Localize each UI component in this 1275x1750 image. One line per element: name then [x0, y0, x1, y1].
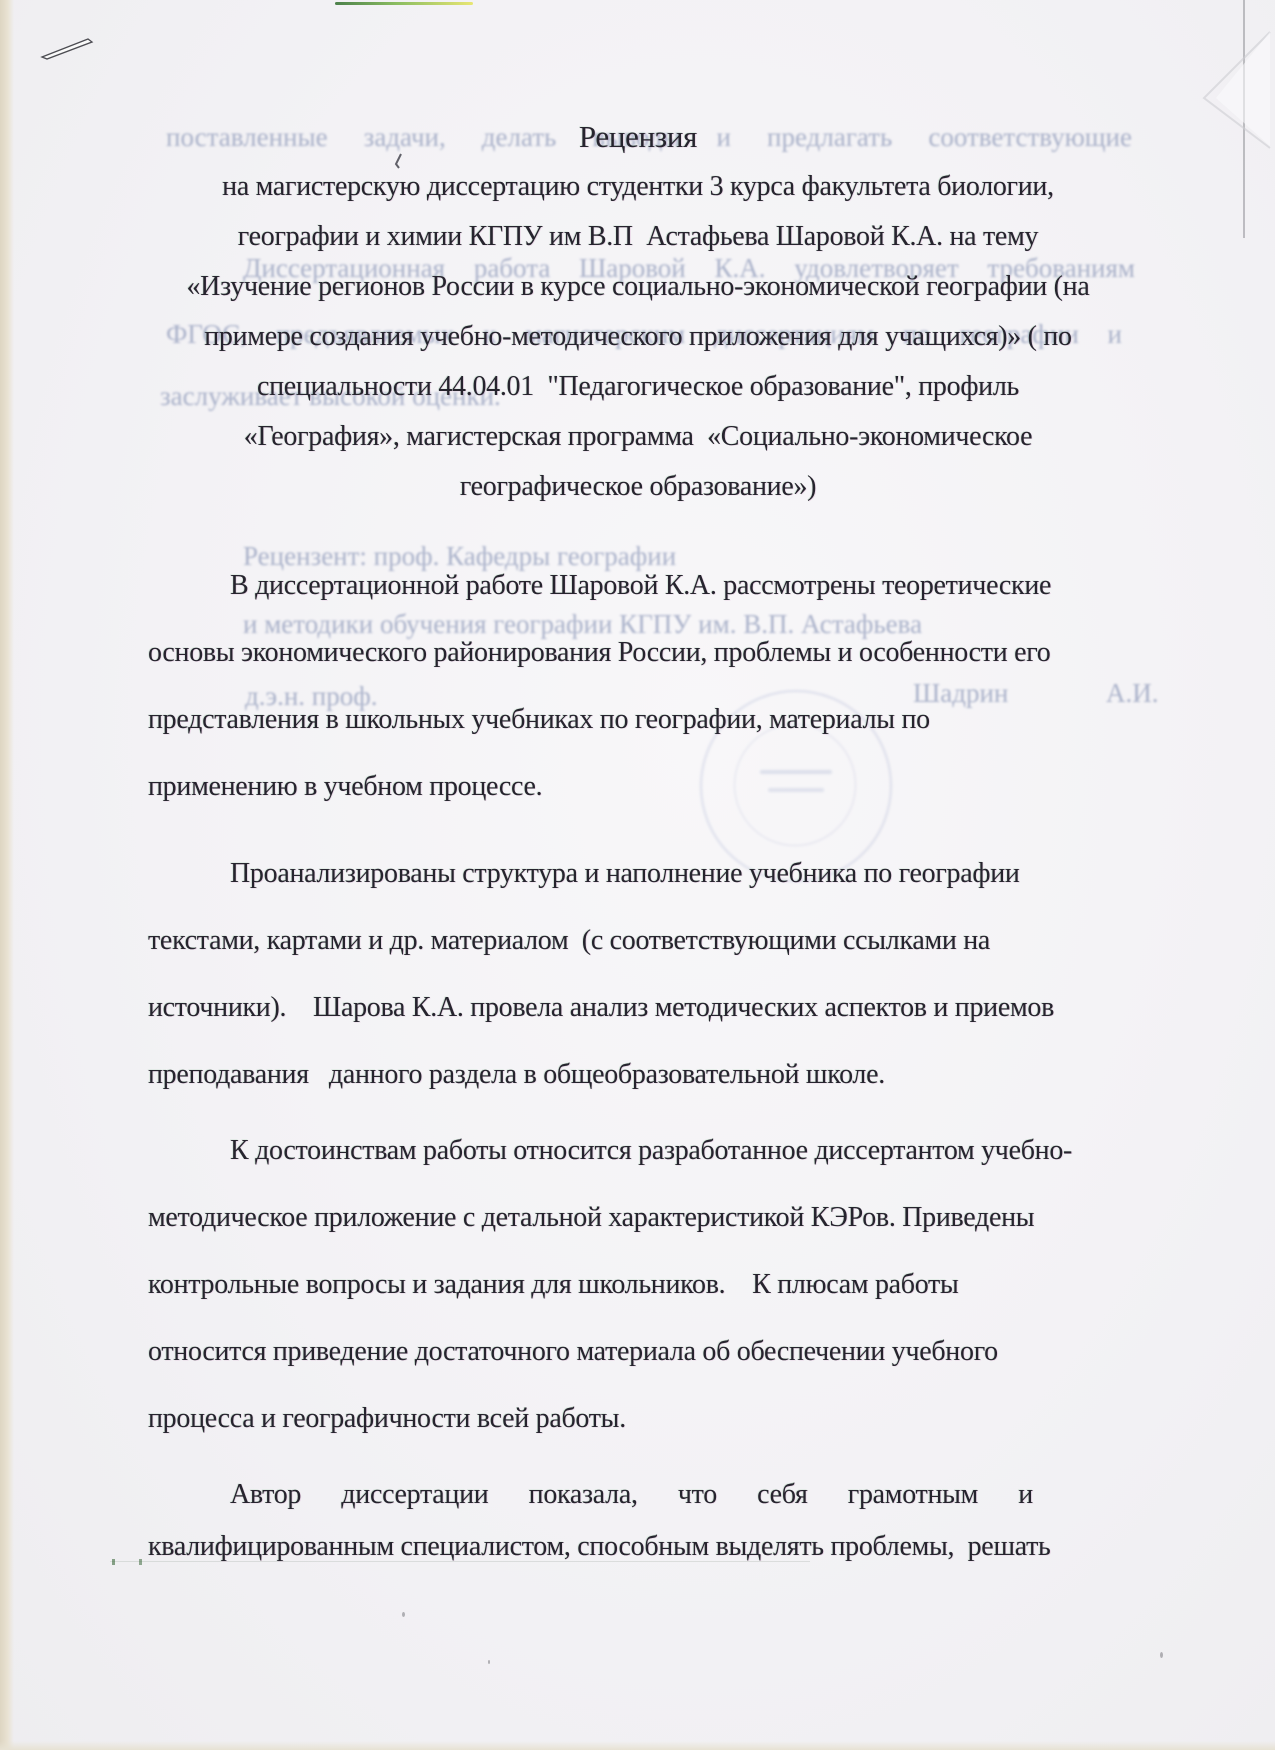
body-line: квалифицированным специалистом, способны… [148, 1521, 1128, 1573]
body-line: относится приведение достаточного матери… [148, 1318, 1128, 1385]
title-line: географическое образование») [148, 462, 1128, 512]
body-line: К достоинствам работы относится разработ… [148, 1117, 1128, 1184]
body-line: представления в школьных учебниках по ге… [148, 686, 1128, 753]
title-line: «Изучение регионов России в курсе социал… [148, 262, 1128, 312]
body-line: методическое приложение с детальной хара… [148, 1184, 1128, 1251]
title-line: на магистерскую диссертацию студентки 3 … [148, 162, 1128, 212]
body-line: Проанализированы структура и наполнение … [148, 840, 1128, 907]
paragraph: В диссертационной работе Шаровой К.А. ра… [148, 552, 1128, 820]
title-line: примере создания учебно-методического пр… [148, 312, 1128, 362]
body-line: Автор диссертации показала, что себя гра… [148, 1469, 1128, 1521]
scan-edge-color-strip [335, 2, 473, 5]
body-line: преподавания данного раздела в общеобраз… [148, 1041, 1128, 1108]
page-title: Рецензия [148, 112, 1128, 162]
paper-speck [402, 1612, 405, 1617]
pen-stroke-mark [34, 30, 114, 70]
body-line: процесса и географичности всей работы. [148, 1385, 1128, 1452]
corner-fold-crease [1186, 28, 1275, 153]
scan-edge-left [0, 0, 14, 1750]
paragraph: Проанализированы структура и наполнение … [148, 840, 1128, 1108]
scan-artifact-tick [139, 1559, 142, 1565]
document-body: В диссертационной работе Шаровой К.А. ра… [148, 552, 1128, 1573]
paper-edge-line [1243, 0, 1245, 238]
title-line: «География», магистерская программа «Соц… [148, 412, 1128, 462]
body-line: текстами, картами и др. материалом (с со… [148, 907, 1128, 974]
title-line: специальности 44.04.01 "Педагогическое о… [148, 362, 1128, 412]
scan-artifact-tick [112, 1559, 115, 1565]
body-line: применению в учебном процессе. [148, 753, 1128, 820]
paragraph: Автор диссертации показала, что себя гра… [148, 1469, 1128, 1573]
paper-speck [488, 1660, 490, 1664]
body-line: источники). Шарова К.А. провела анализ м… [148, 974, 1128, 1041]
paragraph: К достоинствам работы относится разработ… [148, 1117, 1128, 1452]
title-line: географии и химии КГПУ им В.П Астафьева … [148, 212, 1128, 262]
body-line: В диссертационной работе Шаровой К.А. ра… [148, 552, 1128, 619]
scan-edge-bottom [0, 1741, 1275, 1750]
body-line: основы экономического районирования Росс… [148, 619, 1128, 686]
paper-speck [1160, 1652, 1163, 1658]
document-title-block: Рецензия на магистерскую диссертацию сту… [148, 112, 1128, 512]
scanned-review-page: поставленные задачи, делать выводы и пре… [0, 0, 1275, 1750]
body-line: контрольные вопросы и задания для школьн… [148, 1251, 1128, 1318]
